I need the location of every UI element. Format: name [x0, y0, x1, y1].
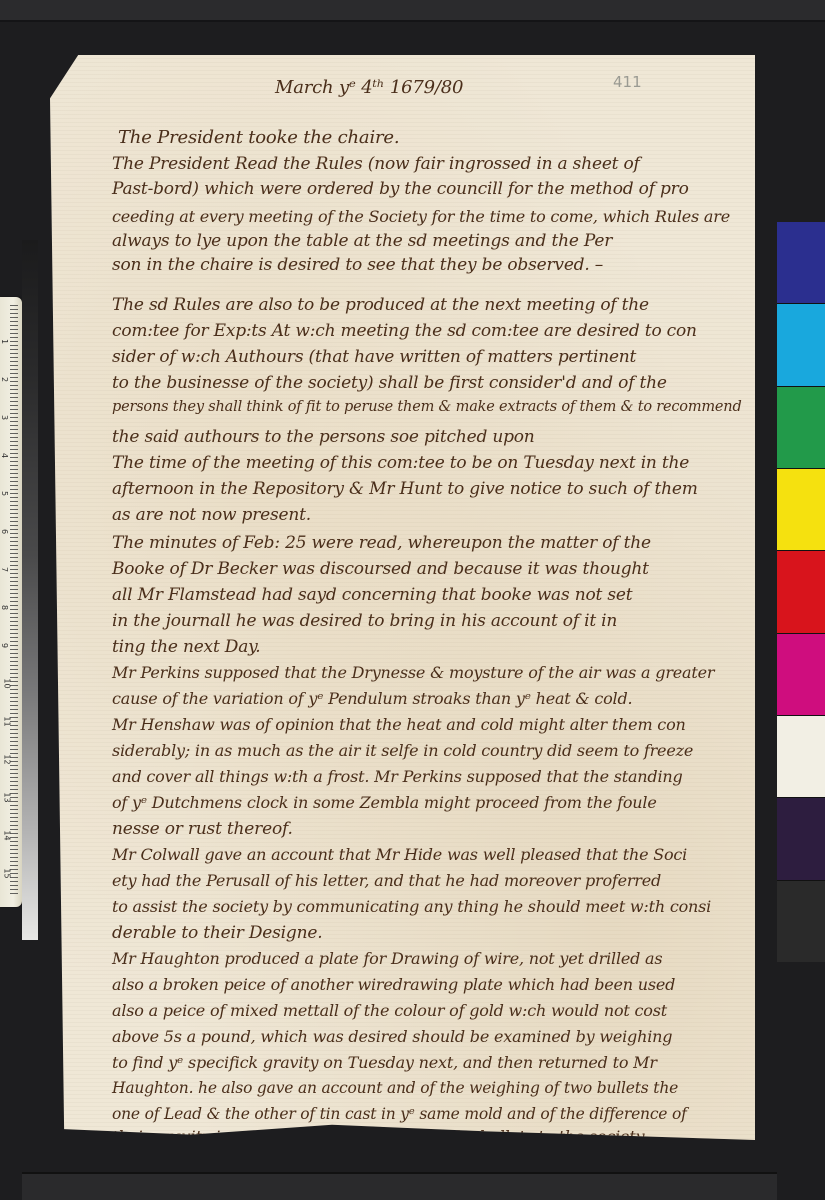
manuscript-line: derable to their Designe.	[112, 923, 322, 943]
manuscript-line: always to lye upon the table at the sd m…	[112, 231, 612, 251]
manuscript-line: sider of w:ch Authours (that have writte…	[112, 347, 636, 367]
swatch-white	[777, 716, 825, 798]
folio-number: 411	[613, 73, 642, 91]
manuscript-line: above 5s a pound, which was desired shou…	[112, 1027, 672, 1046]
manuscript-line: nesse or rust thereof.	[112, 819, 293, 839]
manuscript-line: ting the next Day.	[112, 637, 261, 657]
manuscript-line: and cover all things w:th a frost. Mr Pe…	[112, 767, 683, 786]
ruler-number: 13	[3, 792, 12, 802]
manuscript-line: the said authours to the persons soe pit…	[112, 427, 535, 447]
ruler-number: 2	[0, 377, 9, 382]
swatch-purple	[777, 798, 825, 880]
ruler-number: 1	[0, 339, 9, 344]
manuscript-line: persons they shall think of fit to perus…	[112, 399, 742, 415]
manuscript-line: to assist the society by communicating a…	[112, 897, 711, 916]
ruler-number: 3	[0, 415, 9, 420]
ruler-number: 9	[0, 643, 9, 648]
manuscript-line: as are not now present.	[112, 505, 311, 525]
ruler-number: 8	[0, 605, 9, 610]
manuscript-line: one of Lead & the other of tin cast in y…	[112, 1105, 687, 1123]
ruler-number: 6	[0, 529, 9, 534]
ruler-number: 5	[0, 491, 9, 496]
ruler-number: 7	[0, 567, 9, 572]
ruler-number: 14	[3, 830, 12, 840]
swatch-magenta	[777, 634, 825, 716]
mount-bottom-band	[22, 1172, 777, 1200]
manuscript-line: Mr Henshaw was of opinion that the heat …	[112, 715, 686, 734]
manuscript-line: of yᵉ Dutchmens clock in some Zembla mig…	[112, 793, 657, 812]
manuscript-line: cause of the variation of yᵉ Pendulum st…	[112, 689, 632, 708]
manuscript-line: to find yᵉ specifick gravity on Tuesday …	[112, 1053, 657, 1072]
manuscript-line: The sd Rules are also to be produced at …	[112, 295, 649, 315]
manuscript-line: also a peice of mixed mettall of the col…	[112, 1001, 667, 1020]
manuscript-line: Mr Haughton produced a plate for Drawing…	[112, 949, 662, 968]
ruler-number: 12	[3, 754, 12, 764]
manuscript-line: Haughton. he also gave an account and of…	[112, 1079, 678, 1097]
measurement-ruler: 1 2 3 4 5 6 7 8 9 10 11 12 13 14 15	[0, 297, 22, 907]
ruler-ticks	[10, 305, 18, 895]
manuscript-line: The President tooke the chaire.	[118, 127, 399, 148]
manuscript-line: their gravity in air & water, and produc…	[112, 1127, 644, 1146]
swatch-blue	[777, 222, 825, 304]
manuscript-line: Booke of Dr Becker was discoursed and be…	[112, 559, 649, 579]
manuscript-line: He further gave an account from a Silver…	[112, 1153, 686, 1172]
manuscript-line: The minutes of Feb: 25 were read, whereu…	[112, 533, 651, 553]
grayscale-strip	[22, 240, 38, 940]
manuscript-line: in the journall he was desired to bring …	[112, 611, 617, 631]
swatch-black	[777, 881, 825, 962]
ruler-number: 10	[3, 678, 12, 688]
manuscript-line: Mr Colwall gave an account that Mr Hide …	[112, 845, 687, 864]
swatch-yellow	[777, 469, 825, 551]
manuscript-line: all Mr Flamstead had sayd concerning tha…	[112, 585, 632, 605]
manuscript-line: com:tee for Exp:ts At w:ch meeting the s…	[112, 321, 697, 341]
manuscript-line: also a broken peice of another wiredrawi…	[112, 975, 675, 994]
mount-top-band	[0, 0, 825, 22]
manuscript-line: Mr Perkins supposed that the Drynesse & …	[112, 663, 714, 682]
ruler-number: 15	[3, 868, 12, 878]
manuscript-line: to the businesse of the society) shall b…	[112, 373, 667, 393]
manuscript-line: ety had the Perusall of his letter, and …	[112, 871, 661, 890]
swatch-cyan	[777, 304, 825, 386]
manuscript-page: 411 March yᵉ 4ᵗʰ 1679/80 The President t…	[50, 55, 755, 1140]
manuscript-line: Past-bord) which were ordered by the cou…	[112, 179, 689, 199]
manuscript-line: son in the chaire is desired to see that…	[112, 255, 603, 275]
swatch-green	[777, 387, 825, 469]
manuscript-line: ceeding at every meeting of the Society …	[112, 207, 730, 226]
manuscript-line: siderably; in as much as the air it self…	[112, 741, 693, 760]
date-line: March yᵉ 4ᵗʰ 1679/80	[275, 77, 463, 98]
manuscript-line: The time of the meeting of this com:tee …	[112, 453, 689, 473]
swatch-red	[777, 551, 825, 633]
ruler-number: 4	[0, 453, 9, 458]
ruler-number: 11	[3, 716, 12, 726]
manuscript-line: The President Read the Rules (now fair i…	[112, 154, 640, 174]
color-calibration-strip	[777, 222, 825, 962]
manuscript-line: afternoon in the Repository & Mr Hunt to…	[112, 479, 698, 499]
